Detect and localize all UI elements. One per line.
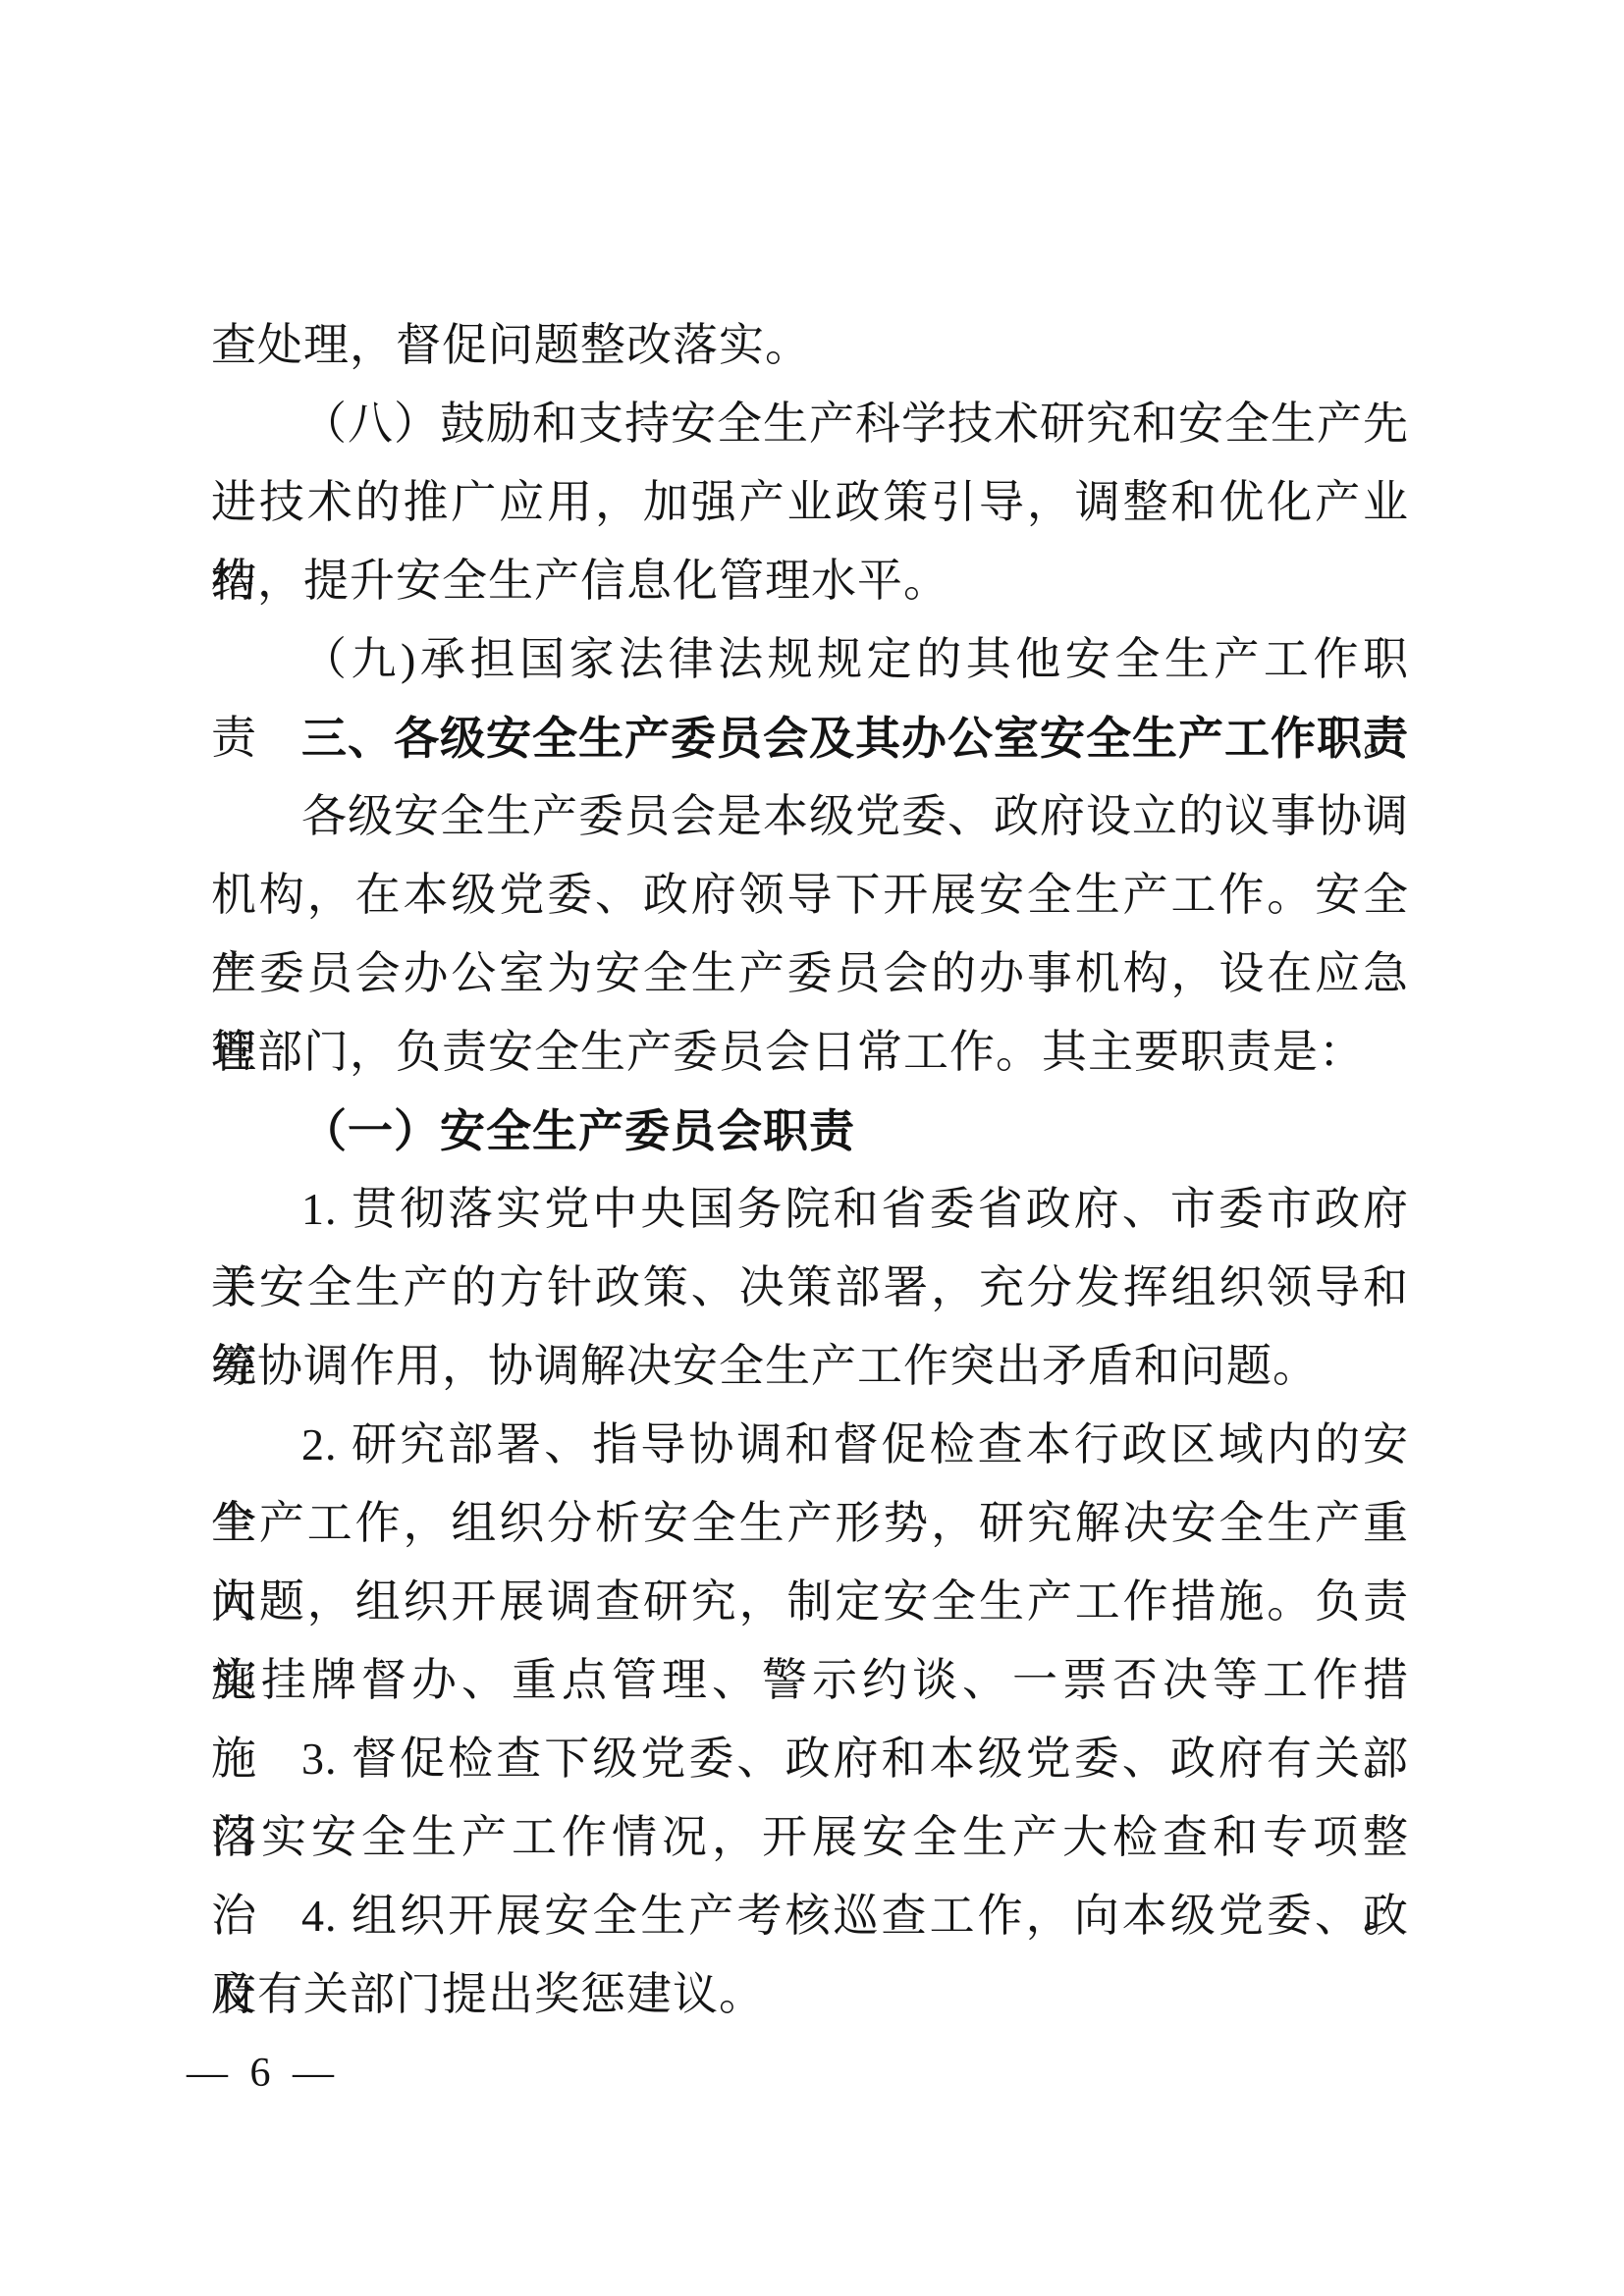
paragraph-line: 理部门，负责安全生产委员会日常工作。其主要职责是：	[211, 1013, 1409, 1092]
paragraph-line: 于安全生产的方针政策、决策部署，充分发挥组织领导和统	[211, 1249, 1409, 1327]
paragraph-line: 施挂牌督办、重点管理、警示约谈、一票否决等工作措施。	[211, 1641, 1409, 1720]
paragraph-line: 1. 贯彻落实党中央国务院和省委省政府、市委市政府关	[211, 1170, 1409, 1249]
paragraph-line: 机构，在本级党委、政府领导下开展安全生产工作。安全生	[211, 856, 1409, 934]
paragraph-line: 4. 组织开展安全生产考核巡查工作，向本级党委、政府	[211, 1877, 1409, 1955]
document-text-block: 查处理，督促问题整改落实。 （八）鼓励和支持安全生产科学技术研究和安全生产先 进…	[211, 306, 1409, 2034]
paragraph-line: 产委员会办公室为安全生产委员会的办事机构，设在应急管	[211, 934, 1409, 1013]
page-number: — 6 —	[187, 2034, 340, 2112]
paragraph-line: 问题，组织开展调查研究，制定安全生产工作措施。负责实	[211, 1563, 1409, 1641]
document-page: 查处理，督促问题整改落实。 （八）鼓励和支持安全生产科学技术研究和安全生产先 进…	[0, 0, 1624, 2296]
paragraph-line: 落实安全生产工作情况，开展安全生产大检查和专项整治。	[211, 1798, 1409, 1877]
paragraph-line: 构，提升安全生产信息化管理水平。	[211, 542, 1409, 620]
paragraph-line: 进技术的推广应用，加强产业政策引导，调整和优化产业结	[211, 463, 1409, 542]
section-heading: 三、各级安全生产委员会及其办公室安全生产工作职责	[211, 699, 1409, 777]
paragraph-line: 各级安全生产委员会是本级党委、政府设立的议事协调	[211, 777, 1409, 856]
paragraph-line: 2. 研究部署、指导协调和督促检查本行政区域内的安全	[211, 1406, 1409, 1484]
paragraph-line: （九)承担国家法律法规规定的其他安全生产工作职责。	[211, 620, 1409, 699]
paragraph-line: 查处理，督促问题整改落实。	[211, 306, 1409, 385]
paragraph-line: 及有关部门提出奖惩建议。	[211, 1955, 1409, 2034]
subsection-heading: （一）安全生产委员会职责	[211, 1092, 1409, 1170]
paragraph-line: 3. 督促检查下级党委、政府和本级党委、政府有关部门	[211, 1720, 1409, 1798]
paragraph-line: 生产工作，组织分析安全生产形势，研究解决安全生产重大	[211, 1484, 1409, 1563]
paragraph-line: 筹协调作用，协调解决安全生产工作突出矛盾和问题。	[211, 1327, 1409, 1406]
paragraph-line: （八）鼓励和支持安全生产科学技术研究和安全生产先	[211, 385, 1409, 463]
